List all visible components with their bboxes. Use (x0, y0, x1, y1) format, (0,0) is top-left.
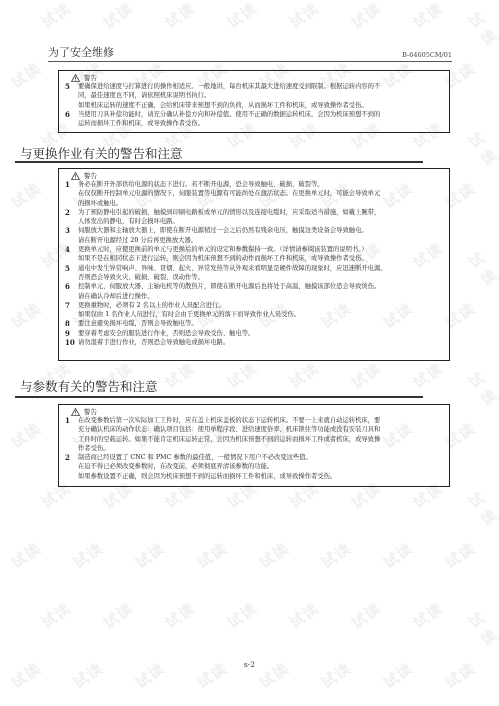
text-line: 伺服放大器和主轴放大器上，即使在断开电源稍过一会之后仍然有残余电压，触摸这类设备… (78, 226, 443, 235)
warning-item: 3伺服放大器和主轴放大器上，即使在断开电源稍过一会之后仍然有残余电压，触摸这类设… (65, 226, 443, 245)
item-number: 2 (65, 208, 78, 227)
item-text: 更换单元时，应使更换前的单元与更换后的单元的设定和参数保持一致。（详情请参阅该装… (78, 245, 443, 264)
header-title: 为了安全维修 (48, 44, 114, 60)
warning-item: 7更换重物时，必须有 2 名以上的作业人员配合进行。如果仅由 1 名作业人员进行… (65, 301, 443, 320)
item-text: 制造商已经设置了 CNC 和 PMC 参数的最佳值，一般情况下用户不必改变这些值… (78, 453, 443, 481)
warning-item: 9要穿着考虑安全的服装进行作业，否则恐会导致受伤、触电等。 (65, 329, 443, 338)
section-title-parameters: 与参数有关的警告和注意 (20, 377, 158, 395)
text-line: 为了预防静电引起的破损，触摸到印刷电路板或单元的情形以及连接电缆时，应采取适当措… (78, 208, 443, 217)
warning-item: 4更换单元时，应使更换前的单元与更换后的单元的设定和参数保持一致。（详情请参阅该… (65, 245, 443, 264)
warning-label: 警告 (84, 73, 97, 82)
text-line: 制造商已经设置了 CNC 和 PMC 参数的最佳值，一般情况下用户不必改变这些值… (78, 453, 443, 462)
item-text: 要穿着考虑安全的服装进行作业，否则恐会导致受伤、触电等。 (78, 329, 443, 338)
text-line: 同，最佳速度也不同，请依照机床说明书执行。 (78, 91, 443, 100)
item-text: 通电中发生异常响声、异味、冒烟、起火、异常发热等从外观来看明显是硬件故障的现象时… (78, 264, 443, 283)
warning-header: 警告 (65, 407, 443, 416)
item-number: 3 (65, 226, 78, 245)
text-line: 通电中发生异常响声、异味、冒烟、起火、异常发热等从外观来看明显是硬件故障的现象时… (78, 264, 443, 273)
item-text: 请勿湿着手进行作业，否则恐会导致触电或损坏电路。 (78, 338, 443, 347)
warning-header: 警告 (65, 73, 443, 82)
text-line: 当使用刀具补偿功能时，请充分确认补偿方向和补偿值。使用不正确的数据运转机床，会因… (78, 110, 443, 119)
text-line: 要穿着考虑安全的服装进行作业，否则恐会导致受伤、触电等。 (78, 329, 443, 338)
item-number: 6 (65, 110, 78, 129)
text-line: 否则恐会导致火灾、破损、破裂、误动作等。 (78, 273, 443, 282)
item-text: 在改变参数后第一次实际加工工件时，应在盖上机床盖板的状态下运转机床。不要一上来就… (78, 416, 443, 453)
text-line: 如果机床运转的速度不正确，会给机床带来预想不到的负荷，从而损坏工件和机床，或导致… (78, 101, 443, 110)
text-line: 请在确认冷却后进行操作。 (78, 292, 443, 301)
item-number: 8 (65, 319, 78, 328)
text-line: 要确保进给速度与打算进行的操作相适应。一般地讲，每台机床其最大进给速度受到限制。… (78, 82, 443, 91)
item-number: 6 (65, 282, 78, 301)
warning-label: 警告 (84, 407, 97, 416)
text-line: 在改变参数后第一次实际加工工件时，应在盖上机床盖板的状态下运转机床。不要一上来就… (78, 416, 443, 425)
item-text: 务必在断开外部供给电源的状态下进行。若不断开电源，恐会导致触电、破损、破裂等。在… (78, 180, 443, 208)
text-line: 在仅仅断开控制单元电源的情况下，伺服装置等电源有可能尚处在激活状态。在更换单元时… (78, 189, 443, 198)
item-text: 当使用刀具补偿功能时，请充分确认补偿方向和补偿值。使用不正确的数据运转机床，会因… (78, 110, 443, 129)
item-number: 1 (65, 416, 78, 453)
text-line: 如果不是在相同状态下进行运转，则会因为机床预想不到的动作而损坏工件和机床，或导致… (78, 254, 443, 263)
item-number: 9 (65, 329, 78, 338)
section-divider (15, 396, 423, 398)
document-code: B-64605CM/01 (402, 51, 452, 59)
warning-item: 2为了预防静电引起的破损，触摸到印刷电路板或单元的情形以及连接电缆时，应采取适当… (65, 208, 443, 227)
text-line: 更换单元时，应使更换前的单元与更换后的单元的设定和参数保持一致。（详情请参阅该装… (78, 245, 443, 254)
warning-triangle-icon (71, 172, 80, 180)
text-line: 人体发出的静电，有时会损坏电路。 (78, 217, 443, 226)
warning-box-replacement: 警告 1务必在断开外部供给电源的状态下进行。若不断开电源，恐会导致触电、破损、破… (58, 168, 450, 361)
warning-item: 6当使用刀具补偿功能时，请充分确认补偿方向和补偿值。使用不正确的数据运转机床，会… (65, 110, 443, 129)
warning-item: 1在改变参数后第一次实际加工工件时，应在盖上机床盖板的状态下运转机床。不要一上来… (65, 416, 443, 453)
warning-item: 2制造商已经设置了 CNC 和 PMC 参数的最佳值，一般情况下用户不必改变这些… (65, 453, 443, 481)
text-line: 在迫不得已必须改变参数时，在改变前，必须彻底弄清该参数的功能。 (78, 462, 443, 471)
warning-triangle-icon (71, 74, 80, 82)
warning-label: 警告 (84, 171, 97, 180)
text-line: 作者受伤。 (78, 444, 443, 453)
warning-item: 6控制单元、伺服放大器、主轴电机等的散热片，即使在断开电源后也将处于高温，触摸该… (65, 282, 443, 301)
warning-triangle-icon (71, 408, 80, 416)
warning-box-operation: 警告 5要确保进给速度与打算进行的操作相适应。一般地讲，每台机床其最大进给速度受… (58, 70, 450, 133)
section-title-replacement: 与更换作业有关的警告和注意 (20, 144, 183, 162)
item-text: 更换重物时，必须有 2 名以上的作业人员配合进行。如果仅由 1 名作业人员进行，… (78, 301, 443, 320)
item-number: 1 (65, 180, 78, 208)
item-number: 4 (65, 245, 78, 264)
warning-item: 10请勿湿着手进行作业，否则恐会导致触电或损坏电路。 (65, 338, 443, 347)
warning-item: 1务必在断开外部供给电源的状态下进行。若不断开电源，恐会导致触电、破损、破裂等。… (65, 180, 443, 208)
text-line: 请在断开电源经过 20 分后再更换放大器。 (78, 236, 443, 245)
item-number: 2 (65, 453, 78, 481)
text-line: 要注意避免损坏电缆，否则会导致触电等。 (78, 319, 443, 328)
item-text: 控制单元、伺服放大器、主轴电机等的散热片，即使在断开电源后也将处于高温，触摸该部… (78, 282, 443, 301)
item-number: 10 (65, 338, 78, 347)
item-number: 5 (65, 82, 78, 110)
item-number: 5 (65, 264, 78, 283)
text-line: 更换重物时，必须有 2 名以上的作业人员配合进行。 (78, 301, 443, 310)
warning-header: 警告 (65, 171, 443, 180)
text-line: 控制单元、伺服放大器、主轴电机等的散热片，即使在断开电源后也将处于高温，触摸该部… (78, 282, 443, 291)
page-header: 为了安全维修 B-64605CM/01 (48, 46, 452, 62)
text-line: 如果仅由 1 名作业人员进行，有时会由于更换单元的落下而导致作业人员受伤。 (78, 310, 443, 319)
text-line: 务必在断开外部供给电源的状态下进行。若不断开电源，恐会导致触电、破损、破裂等。 (78, 180, 443, 189)
item-text: 要确保进给速度与打算进行的操作相适应。一般地讲，每台机床其最大进给速度受到限制。… (78, 82, 443, 110)
warning-item: 5要确保进给速度与打算进行的操作相适应。一般地讲，每台机床其最大进给速度受到限制… (65, 82, 443, 110)
warning-box-parameters: 警告 1在改变参数后第一次实际加工工件时，应在盖上机床盖板的状态下运转机床。不要… (58, 404, 450, 487)
text-line: 运转而损坏工件和机床，或导致操作者受伤。 (78, 119, 443, 128)
item-text: 伺服放大器和主轴放大器上，即使在断开电源稍过一会之后仍然有残余电压，触摸这类设备… (78, 226, 443, 245)
warning-item: 5通电中发生异常响声、异味、冒烟、起火、异常发热等从外观来看明显是硬件故障的现象… (65, 264, 443, 283)
text-line: 请勿湿着手进行作业，否则恐会导致触电或损坏电路。 (78, 338, 443, 347)
document-page: 为了安全维修 B-64605CM/01 警告 5要确保进给速度与打算进行的操作相… (0, 0, 499, 706)
item-text: 要注意避免损坏电缆，否则会导致触电等。 (78, 319, 443, 328)
item-number: 7 (65, 301, 78, 320)
warning-item: 8要注意避免损坏电缆，否则会导致触电等。 (65, 319, 443, 328)
section-divider (15, 161, 423, 163)
text-line: 如果参数设置不正确，则会因为机床预想不到的运转而损坏工件和机床，或导致操作者受伤… (78, 472, 443, 481)
page-number: s-2 (0, 660, 499, 669)
text-line: 充分确认机床的动作状态：确认项目包括：使用单程序段、进给速度倍率、机床锁住等功能… (78, 425, 443, 434)
text-line: 的损坏或触电。 (78, 199, 443, 208)
item-text: 为了预防静电引起的破损，触摸到印刷电路板或单元的情形以及连接电缆时，应采取适当措… (78, 208, 443, 227)
text-line: 工件时的空载运转。如果不能肯定机床运转正常，会因为机床预想不到的运转而损坏工件或… (78, 435, 443, 444)
